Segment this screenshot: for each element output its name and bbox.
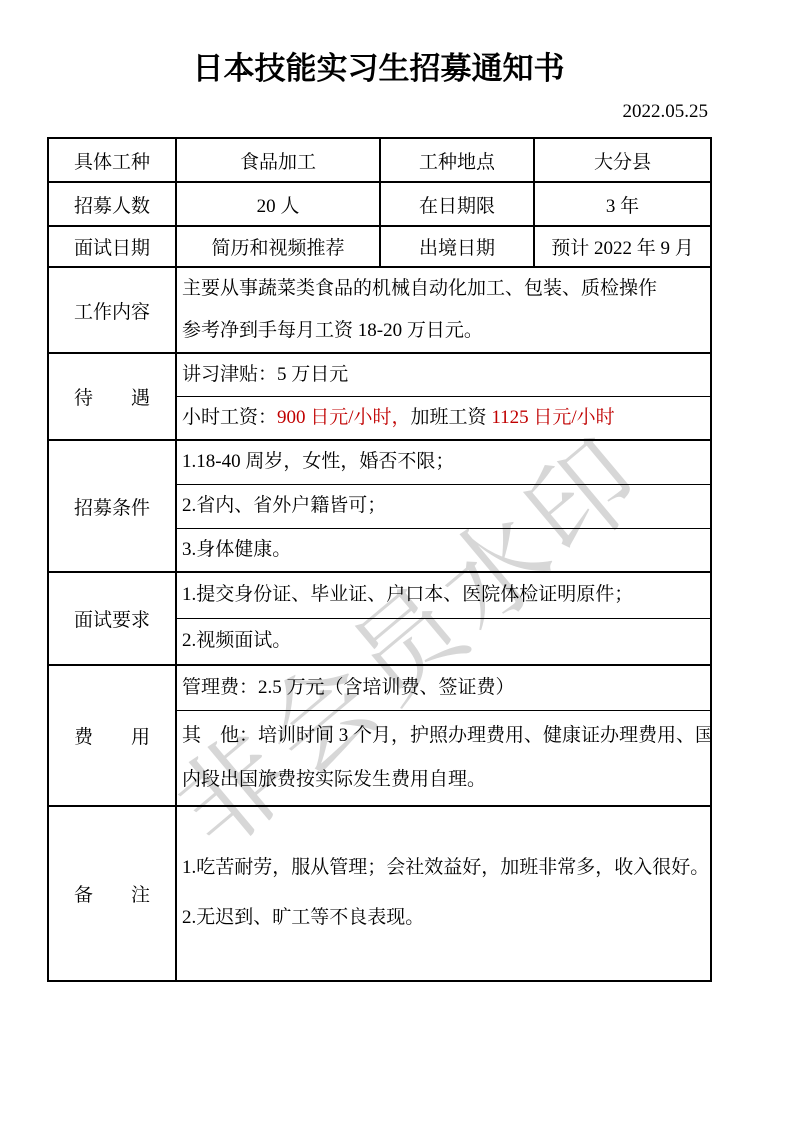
info-row: 面试日期简历和视频推荐出境日期预计 2022 年 9 月 <box>48 226 711 267</box>
text-line: 2.省内、省外户籍皆可； <box>177 485 710 527</box>
text-segment: 加班工资 <box>411 407 492 428</box>
section-row: 招募条件1.18-40 周岁，女性，婚否不限； <box>48 440 711 484</box>
section-content-cell: 1.提交身份证、毕业证、户口本、医院体检证明原件； <box>176 572 711 618</box>
info-label-cell: 在日期限 <box>380 182 534 226</box>
info-value-cell: 简历和视频推荐 <box>176 226 380 267</box>
section-content-cell: 主要从事蔬菜类食品的机械自动化加工、包装、质检操作参考净到手每月工资 18-20… <box>176 267 711 353</box>
recruitment-table: 具体工种食品加工工种地点大分县招募人数20 人在日期限3 年面试日期简历和视频推… <box>47 137 712 982</box>
text-segment: 主要从事蔬菜类食品的机械自动化加工、包装、质检操作 <box>182 278 657 299</box>
text-line: 1.18-40 周岁，女性，婚否不限； <box>177 441 710 483</box>
document-content: 日本技能实习生招募通知书 2022.05.25 具体工种食品加工工种地点大分县招… <box>47 48 710 982</box>
section-label: 招募条件 <box>48 440 176 572</box>
text-line: 管理费：2.5 万元（含培训费、签证费） <box>177 666 710 710</box>
text-segment: 管理费：2.5 万元（含培训费、签证费） <box>182 677 515 698</box>
section-content-cell: 1.吃苦耐劳，服从管理；会社效益好，加班非常多，收入很好。2.无迟到、旷工等不良… <box>176 806 711 981</box>
info-value-cell: 大分县 <box>534 138 711 182</box>
page-title: 日本技能实习生招募通知书 <box>47 48 710 90</box>
document-date: 2022.05.25 <box>47 100 710 124</box>
info-label-cell: 出境日期 <box>380 226 534 267</box>
text-segment: 参考净到手每月工资 18-20 万日元。 <box>182 320 483 341</box>
text-line: 2.无迟到、旷工等不良表现。 <box>177 893 710 943</box>
info-label-cell: 面试日期 <box>48 226 176 267</box>
text-segment: 内段出国旅费按实际发生费用自理。 <box>182 769 486 790</box>
text-segment: 1.提交身份证、毕业证、户口本、医院体检证明原件； <box>182 584 633 605</box>
info-value-cell: 20 人 <box>176 182 380 226</box>
text-segment: 1.吃苦耐劳，服从管理；会社效益好，加班非常多，收入很好。 <box>182 857 709 878</box>
text-line: 其 他：培训时间 3 个月，护照办理费用、健康证办理费用、国 <box>177 714 710 758</box>
info-row: 招募人数20 人在日期限3 年 <box>48 182 711 226</box>
info-value-cell: 预计 2022 年 9 月 <box>534 226 711 267</box>
text-line: 3.身体健康。 <box>177 529 710 571</box>
section-label: 待 遇 <box>48 353 176 440</box>
section-content-cell: 讲习津贴：5 万日元 <box>176 353 711 397</box>
section-content-cell: 其 他：培训时间 3 个月，护照办理费用、健康证办理费用、国内段出国旅费按实际发… <box>176 711 711 806</box>
info-value-cell: 食品加工 <box>176 138 380 182</box>
text-line: 讲习津贴：5 万日元 <box>177 354 710 396</box>
text-line: 主要从事蔬菜类食品的机械自动化加工、包装、质检操作 <box>177 268 710 310</box>
section-label: 备 注 <box>48 806 176 981</box>
highlighted-text: 900 日元/小时， <box>277 407 411 428</box>
section-content-cell: 1.18-40 周岁，女性，婚否不限； <box>176 440 711 484</box>
section-content-cell: 2.省内、省外户籍皆可； <box>176 484 711 528</box>
section-label: 费 用 <box>48 665 176 806</box>
section-row: 费 用管理费：2.5 万元（含培训费、签证费） <box>48 665 711 711</box>
section-content-cell: 小时工资：900 日元/小时，加班工资 1125 日元/小时 <box>176 397 711 441</box>
highlighted-text: 1125 日元/小时 <box>491 407 614 428</box>
section-row: 待 遇讲习津贴：5 万日元 <box>48 353 711 397</box>
text-segment: 3.身体健康。 <box>182 539 291 560</box>
text-segment: 2.无迟到、旷工等不良表现。 <box>182 907 424 928</box>
text-line: 1.提交身份证、毕业证、户口本、医院体检证明原件； <box>177 574 710 616</box>
text-line: 参考净到手每月工资 18-20 万日元。 <box>177 310 710 352</box>
section-content-cell: 管理费：2.5 万元（含培训费、签证费） <box>176 665 711 711</box>
text-line: 小时工资：900 日元/小时，加班工资 1125 日元/小时 <box>177 397 710 439</box>
info-label-cell: 工种地点 <box>380 138 534 182</box>
section-label: 工作内容 <box>48 267 176 353</box>
section-row: 备 注1.吃苦耐劳，服从管理；会社效益好，加班非常多，收入很好。2.无迟到、旷工… <box>48 806 711 981</box>
section-content-cell: 2.视频面试。 <box>176 618 711 665</box>
document-page: 非会员水印 日本技能实习生招募通知书 2022.05.25 具体工种食品加工工种… <box>0 0 793 1122</box>
section-row: 工作内容主要从事蔬菜类食品的机械自动化加工、包装、质检操作参考净到手每月工资 1… <box>48 267 711 353</box>
text-segment: 1.18-40 周岁，女性，婚否不限； <box>182 451 454 472</box>
info-label-cell: 具体工种 <box>48 138 176 182</box>
info-value-cell: 3 年 <box>534 182 711 226</box>
text-line: 1.吃苦耐劳，服从管理；会社效益好，加班非常多，收入很好。 <box>177 843 710 893</box>
info-row: 具体工种食品加工工种地点大分县 <box>48 138 711 182</box>
text-segment: 2.省内、省外户籍皆可； <box>182 495 386 516</box>
text-segment: 小时工资： <box>182 407 277 428</box>
section-content-cell: 3.身体健康。 <box>176 528 711 572</box>
text-line: 2.视频面试。 <box>177 620 710 662</box>
text-segment: 讲习津贴：5 万日元 <box>182 364 348 385</box>
text-segment: 2.视频面试。 <box>182 630 291 651</box>
section-row: 面试要求1.提交身份证、毕业证、户口本、医院体检证明原件； <box>48 572 711 618</box>
text-segment: 其 他：培训时间 3 个月，护照办理费用、健康证办理费用、国 <box>182 725 710 746</box>
text-line: 内段出国旅费按实际发生费用自理。 <box>177 758 710 802</box>
section-label: 面试要求 <box>48 572 176 665</box>
info-label-cell: 招募人数 <box>48 182 176 226</box>
